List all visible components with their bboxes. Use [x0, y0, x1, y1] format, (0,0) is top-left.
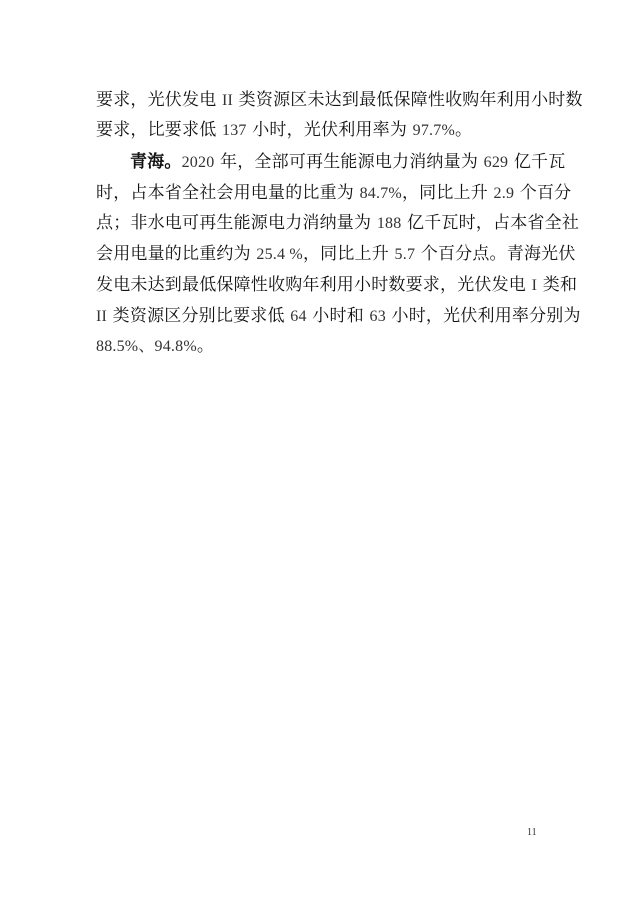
number: II	[96, 308, 107, 325]
text: 。	[197, 336, 214, 356]
text-line-9: 88.5%、94.8%。	[96, 331, 548, 361]
text-line-8: II 类资源区分别比要求低 64 小时和 63 小时，光伏利用率分别为	[96, 301, 548, 331]
text: 。	[455, 120, 472, 140]
text: 个百分	[514, 183, 571, 203]
page-number: 11	[527, 827, 537, 838]
text-line-6: 会用电量的比重约为 25.4 %，同比上升 5.7 个百分点。青海光伏	[96, 239, 548, 269]
text: 点；非水电可再生能源电力消纳量为	[96, 213, 377, 233]
text: 时，占本省全社会用电量的比重为	[96, 183, 360, 203]
text: 发电未达到最低保障性收购年利用小时数要求，光伏发电	[96, 275, 532, 295]
text: 要求，比要求低	[96, 120, 222, 140]
number: 629	[484, 154, 509, 171]
document-page: 要求，光伏发电 II 类资源区未达到最低保障性收购年利用小时数 要求，比要求低 …	[0, 0, 640, 905]
text-line-4: 时，占本省全社会用电量的比重为 84.7%，同比上升 2.9 个百分	[96, 178, 548, 208]
number: 25.4 %	[256, 246, 303, 263]
text-line-5: 点；非水电可再生能源电力消纳量为 188 亿千瓦时，占本省全社	[96, 208, 548, 238]
number: 63	[370, 308, 386, 325]
text: 亿千瓦	[508, 152, 565, 172]
text: 类资源区分别比要求低	[107, 306, 290, 326]
text: 类资源区未达到最低保障性收购年利用小时数	[233, 90, 583, 110]
text: 小时，光伏利用率分别为	[386, 306, 581, 326]
text: ，同比上升	[402, 183, 494, 203]
text: 会用电量的比重约为	[96, 244, 256, 264]
number: 64	[290, 308, 306, 325]
section-heading-qinghai: 青海。	[130, 152, 182, 172]
text: 个百分点。青海光伏	[415, 244, 575, 264]
text-line-7: 发电未达到最低保障性收购年利用小时数要求，光伏发电 I 类和	[96, 270, 548, 300]
number: 5.7	[395, 246, 416, 263]
text-line-3: 青海。2020 年，全部可再生能源电力消纳量为 629 亿千瓦	[130, 147, 548, 177]
text-line-2: 要求，比要求低 137 小时，光伏利用率为 97.7%。	[96, 115, 548, 145]
number: 97.7%	[413, 122, 455, 139]
text-line-1: 要求，光伏发电 II 类资源区未达到最低保障性收购年利用小时数	[96, 85, 548, 115]
number: 88.5%、94.8%	[96, 338, 197, 355]
text: ，同比上升	[303, 244, 395, 264]
number: 188	[377, 215, 402, 232]
text: 类和	[537, 275, 577, 295]
text: 要求，光伏发电	[96, 90, 222, 110]
text: 亿千瓦时，占本省全社	[401, 213, 579, 233]
number: 137	[222, 122, 247, 139]
number: 84.7%	[360, 185, 402, 202]
text: 小时，光伏利用率为	[247, 120, 413, 140]
number: II	[222, 92, 233, 109]
number: 2020	[182, 154, 215, 171]
text: 年，全部可再生能源电力消纳量为	[214, 152, 483, 172]
number: 2.9	[494, 185, 515, 202]
text: 小时和	[307, 306, 370, 326]
